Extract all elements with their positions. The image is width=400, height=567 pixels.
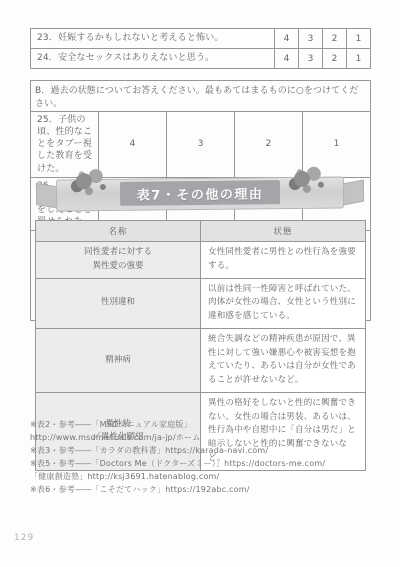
footnote-line: ※表5・参考――「Doctors Me（ドクターズミー）」https://doc… bbox=[30, 458, 325, 471]
reason-state-cell: 統合失調などの精神疾患が原因で、異性に対して強い嫌悪心や被害妄想を抱えていたり、… bbox=[201, 328, 366, 392]
reason-state-cell: 以前は性同一性障害と呼ばれていた。肉体が女性の場合、女性という性別に違和感を感じ… bbox=[201, 278, 366, 328]
footnote-line: 「健康創造塾」http://ksj3691.hatenablog.com/ bbox=[30, 471, 325, 484]
column-header-name: 名称 bbox=[36, 221, 201, 242]
page-number: 129 bbox=[14, 533, 34, 543]
reason-name-cell: 同性愛者に対する 異性愛の強要 bbox=[36, 242, 201, 279]
footnote-line: ※表2・参考――「MSDマニュアル家庭版」 bbox=[30, 419, 325, 432]
question-24-number: 24． bbox=[37, 53, 58, 63]
flower-decoration-icon bbox=[76, 173, 92, 189]
reason-row: 同性愛者に対する 異性愛の強要 女性同性愛者に男性との性行為を強要する。 bbox=[36, 242, 366, 279]
rating-2-cell: 2 bbox=[323, 29, 347, 49]
footnote-line: http://www.msdmanuals.com/ja-jp/ホーム bbox=[30, 432, 325, 445]
rating-4-cell: 4 bbox=[275, 29, 299, 49]
footnote-references: ※表2・参考――「MSDマニュアル家庭版」 http://www.msdmanu… bbox=[30, 419, 325, 497]
question-25-number: 25． bbox=[37, 115, 58, 125]
rating-1-cell: 1 bbox=[347, 29, 371, 49]
rating-4-cell: 4 bbox=[99, 112, 167, 178]
question-25-text: 25．子供の頃、性的なことをタブー視した教育を受けた。 bbox=[31, 112, 99, 178]
flower-decoration-icon bbox=[294, 171, 310, 187]
table7-ribbon-banner: 表7・その他の理由 bbox=[30, 168, 370, 218]
questionnaire-table-a: 23．妊娠するかもしれないと考えると怖い。 4 3 2 1 24．安全なセックス… bbox=[30, 28, 371, 69]
question-24-text: 24．安全なセックスはありえないと思う。 bbox=[31, 49, 275, 69]
footnote-line: ※表3・参考――「カラダの教科書」https://karada-navi.com… bbox=[30, 445, 325, 458]
reason-row: 精神病 統合失調などの精神疾患が原因で、異性に対して強い嫌悪心や被害妄想を抱えて… bbox=[36, 328, 366, 392]
section-b-header-row: B．過去の状態についてお答えください。最もあてはまるものに○をつけてください。 bbox=[31, 81, 371, 112]
footnote-line: ※表6・参考――「こそだてハック」https://192abc.com/ bbox=[30, 484, 325, 497]
reason-name-cell: 性別違和 bbox=[36, 278, 201, 328]
reason-name-cell: 精神病 bbox=[36, 328, 201, 392]
rating-3-cell: 3 bbox=[299, 29, 323, 49]
rating-3-cell: 3 bbox=[299, 49, 323, 69]
rating-3-cell: 3 bbox=[167, 112, 235, 178]
reasons-header-row: 名称 状態 bbox=[36, 221, 366, 242]
banner-title: 表7・その他の理由 bbox=[120, 180, 280, 206]
rating-2-cell: 2 bbox=[323, 49, 347, 69]
reason-row: 性別違和 以前は性同一性障害と呼ばれていた。肉体が女性の場合、女性という性別に違… bbox=[36, 278, 366, 328]
questionnaire-row-23: 23．妊娠するかもしれないと考えると怖い。 4 3 2 1 bbox=[31, 29, 371, 49]
question-23-number: 23． bbox=[37, 33, 58, 43]
section-b-title: B．過去の状態についてお答えください。最もあてはまるものに○をつけてください。 bbox=[31, 81, 371, 112]
rating-4-cell: 4 bbox=[275, 49, 299, 69]
questionnaire-row-24: 24．安全なセックスはありえないと思う。 4 3 2 1 bbox=[31, 49, 371, 69]
reason-state-cell: 女性同性愛者に男性との性行為を強要する。 bbox=[201, 242, 366, 279]
question-23-text: 23．妊娠するかもしれないと考えると怖い。 bbox=[31, 29, 275, 49]
column-header-state: 状態 bbox=[201, 221, 366, 242]
rating-1-cell: 1 bbox=[347, 49, 371, 69]
scanned-document-page: 23．妊娠するかもしれないと考えると怖い。 4 3 2 1 24．安全なセックス… bbox=[0, 0, 400, 567]
questionnaire-row-25: 25．子供の頃、性的なことをタブー視した教育を受けた。 4 3 2 1 bbox=[31, 112, 371, 178]
rating-2-cell: 2 bbox=[235, 112, 303, 178]
